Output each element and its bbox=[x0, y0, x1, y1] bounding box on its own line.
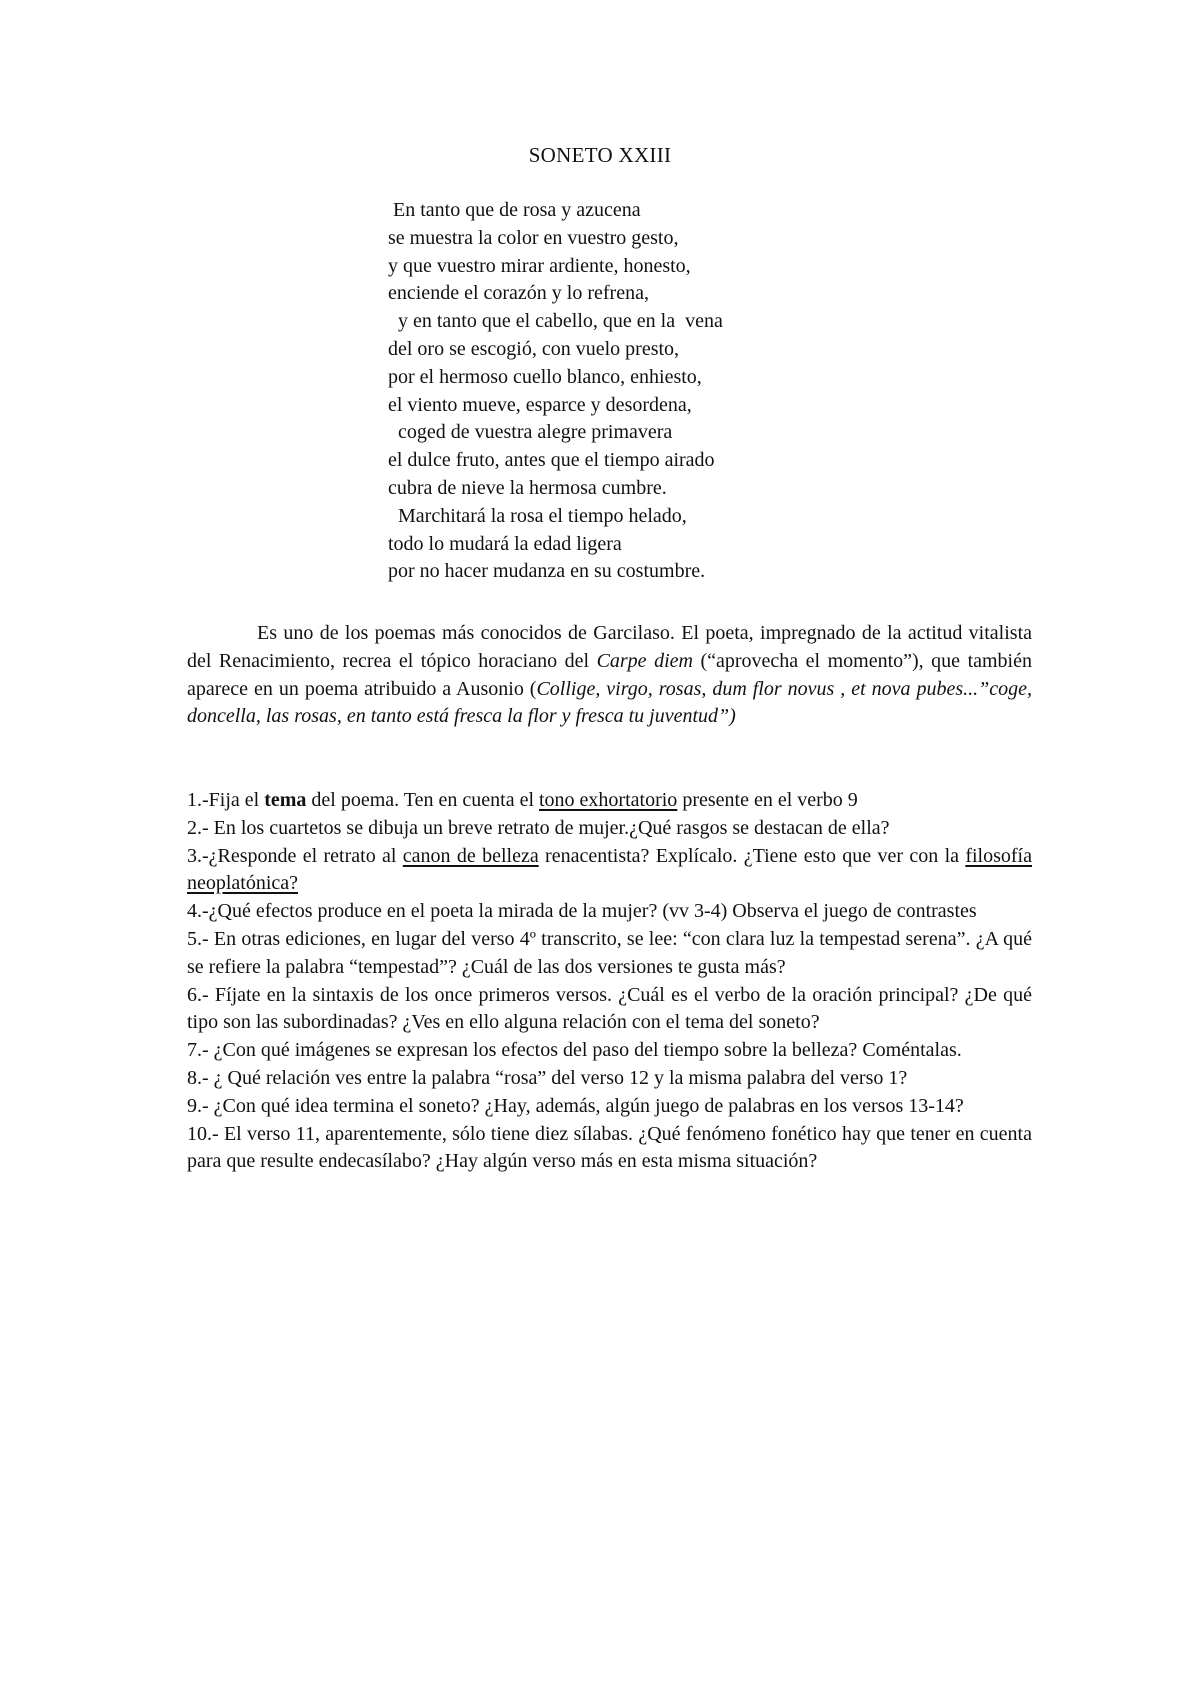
poem-verse: del oro se escogió, con vuelo presto, bbox=[388, 336, 723, 364]
poem-verse: se muestra la color en vuestro gesto, bbox=[388, 225, 723, 253]
poem-verse: cubra de nieve la hermosa cumbre. bbox=[388, 475, 723, 503]
question-6: 6.- Fíjate en la sintaxis de los once pr… bbox=[187, 982, 1032, 1038]
poem-verse: el dulce fruto, antes que el tiempo aira… bbox=[388, 447, 723, 475]
intro-text: Es uno de los poemas más conocidos de Ga… bbox=[187, 620, 1032, 731]
poem-verse: y en tanto que el cabello, que en la ven… bbox=[388, 308, 723, 336]
question-9: 9.- ¿Con qué idea termina el soneto? ¿Ha… bbox=[187, 1093, 1032, 1121]
questions-list: 1.-Fija el tema del poema. Ten en cuenta… bbox=[187, 787, 1032, 1176]
poem-verse: el viento mueve, esparce y desordena, bbox=[388, 392, 723, 420]
question-3: 3.-¿Responde el retrato al canon de bell… bbox=[187, 843, 1032, 899]
question-text: renacentista? Explícalo. ¿Tiene esto que… bbox=[539, 845, 966, 867]
question-8: 8.- ¿ Qué relación ves entre la palabra … bbox=[187, 1065, 1032, 1093]
question-text: 3.-¿Responde el retrato al bbox=[187, 845, 403, 867]
document-title: SONETO XXIII bbox=[0, 143, 1200, 168]
document-page: SONETO XXIII En tanto que de rosa y azuc… bbox=[0, 0, 1200, 1698]
poem-verse: por el hermoso cuello blanco, enhiesto, bbox=[388, 364, 723, 392]
question-5: 5.- En otras ediciones, en lugar del ver… bbox=[187, 926, 1032, 982]
carpe-diem-italic: Carpe diem bbox=[597, 650, 693, 672]
question-4: 4.-¿Qué efectos produce en el poeta la m… bbox=[187, 898, 1032, 926]
question-7: 7.- ¿Con qué imágenes se expresan los ef… bbox=[187, 1037, 1032, 1065]
poem-verse: enciende el corazón y lo refrena, bbox=[388, 280, 723, 308]
poem-verse: por no hacer mudanza en su costumbre. bbox=[388, 558, 723, 586]
question-10: 10.- El verso 11, aparentemente, sólo ti… bbox=[187, 1121, 1032, 1177]
underlined-term: tono exhortatorio bbox=[539, 789, 677, 811]
question-text: presente en el verbo 9 bbox=[677, 789, 857, 811]
poem-verse: Marchitará la rosa el tiempo helado, bbox=[388, 503, 723, 531]
sonnet-title: SONETO XXIII bbox=[529, 143, 672, 168]
poem-verse: todo lo mudará la edad ligera bbox=[388, 531, 723, 559]
sonnet-poem: En tanto que de rosa y azucena se muestr… bbox=[388, 197, 723, 586]
question-text: 1.-Fija el bbox=[187, 789, 264, 811]
intro-paragraph: Es uno de los poemas más conocidos de Ga… bbox=[187, 620, 1032, 731]
question-2: 2.- En los cuartetos se dibuja un breve … bbox=[187, 815, 1032, 843]
bold-term: tema bbox=[264, 789, 306, 811]
poem-verse: En tanto que de rosa y azucena bbox=[388, 197, 723, 225]
question-text: del poema. Ten en cuenta el bbox=[306, 789, 539, 811]
question-1: 1.-Fija el tema del poema. Ten en cuenta… bbox=[187, 787, 1032, 815]
underlined-term: canon de belleza bbox=[403, 845, 539, 867]
poem-verse: y que vuestro mirar ardiente, honesto, bbox=[388, 253, 723, 281]
poem-verse: coged de vuestra alegre primavera bbox=[388, 419, 723, 447]
